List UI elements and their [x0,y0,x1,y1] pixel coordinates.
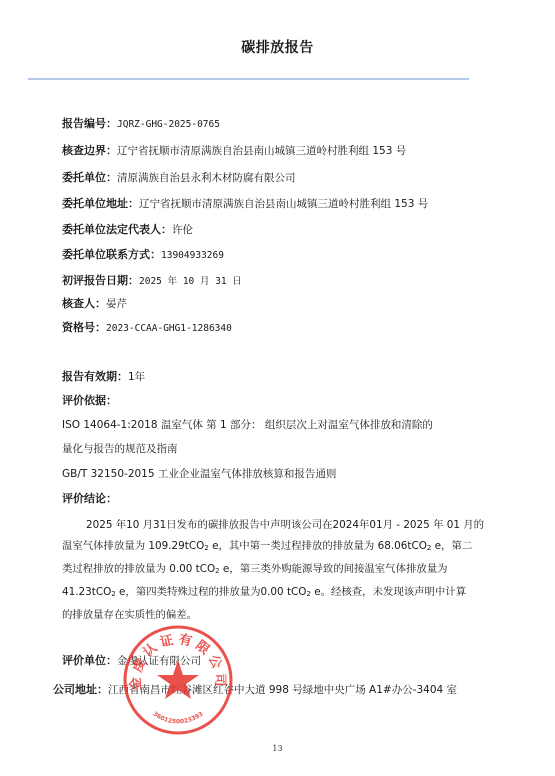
conclusion-text: e。经核查，未发现该声明中计算 [311,586,466,598]
svg-text:3601250023393: 3601250023393 [152,710,205,725]
conclusion-text: e，第四类特殊过程的排放量为0.00 tCO [116,586,307,598]
validity-label: 报告有效期： [62,370,128,383]
contact-value: 13904933269 [161,250,224,261]
client-label: 委托单位： [62,171,117,184]
contact-row: 委托单位联系方式：13904933269 [62,248,224,263]
qualification-row: 资格号：2023-CCAA-GHG1-1286340 [62,321,232,336]
initial-date-value: 2025 年 10 月 31 日 [139,276,242,287]
evaluator-address-label: 公司地址： [53,683,108,696]
conclusion-text: 2025 年10 月31日发布的碳排放报告中声明该公司在2024年01月 - 2… [86,519,484,531]
qualification-value: 2023-CCAA-GHG1-1286340 [106,323,232,334]
conclusion-text: 温室气体排放量为 109.29tCO [62,540,204,552]
basis-item: ISO 14064-1:2018 温室气体 第 1 部分： 组织层次上对温室气体… [62,418,433,432]
legal-rep-label: 委托单位法定代表人： [62,223,172,236]
evaluator-label: 评价单位： [62,654,117,667]
basis-item-2: 量化与报告的规范及指南 [62,443,178,455]
basis-item-1: ISO 14064-1:2018 温室气体 第 1 部分： 组织层次上对温室气体… [62,419,433,431]
client-address-label: 委托单位地址： [62,197,139,210]
report-no-value: JQRZ-GHG-2025-0765 [117,119,220,130]
validity-value: 1年 [128,371,145,383]
conclusion-text: 类过程排放的排放量为 0.00 tCO [62,563,215,575]
boundary-label: 核查边界： [62,144,117,157]
conclusion-text: 41.23tCO [62,586,111,598]
contact-label: 委托单位联系方式： [62,248,161,261]
basis-heading: 评价依据： [62,394,117,408]
conclusion-text: 的排放量存在实质性的偏差。 [62,609,197,621]
report-no-label: 报告编号： [62,117,117,130]
boundary-value: 辽宁省抚顺市清原满族自治县南山城镇三道岭村胜利组 153 号 [117,145,406,157]
legal-rep-value: 许伦 [172,224,193,236]
verifier-row: 核查人：晏芹 [62,297,127,311]
report-no-row: 报告编号：JQRZ-GHG-2025-0765 [62,117,220,132]
validity-row: 报告有效期：1年 [62,370,145,384]
evaluator-address-row: 公司地址：江西省南昌市红谷滩区红谷中大道 998 号绿地中央广场 A1#办公-3… [53,683,457,697]
boundary-row: 核查边界：辽宁省抚顺市清原满族自治县南山城镇三道岭村胜利组 153 号 [62,144,406,158]
client-address-row: 委托单位地址：辽宁省抚顺市清原满族自治县南山城镇三道岭村胜利组 153 号 [62,197,428,211]
client-value: 清原满族自治县永利木材防腐有限公司 [117,172,296,184]
basis-label: 评价依据： [62,394,117,407]
page-number: 13 [0,744,555,753]
verifier-label: 核查人： [62,297,106,310]
basis-item-3: GB/T 32150-2015 工业企业温室气体排放核算和报告通则 [62,468,336,480]
client-row: 委托单位：清原满族自治县永利木材防腐有限公司 [62,171,296,185]
evaluator-address-value: 江西省南昌市红谷滩区红谷中大道 998 号绿地中央广场 A1#办公-3404 室 [108,684,457,696]
evaluator-value: 金虔认证有限公司 [117,655,201,667]
verifier-value: 晏芹 [106,298,127,310]
initial-date-label: 初评报告日期： [62,274,139,287]
evaluator-row: 评价单位：金虔认证有限公司 [62,654,201,668]
conclusion-text: e，第三类外购能源导致的间接温室气体排放量为 [220,563,448,575]
page-title: 碳排放报告 [0,37,555,57]
initial-date-row: 初评报告日期：2025 年 10 月 31 日 [62,274,242,289]
legal-rep-row: 委托单位法定代表人：许伦 [62,223,193,237]
qualification-label: 资格号： [62,321,106,334]
conclusion-label: 评价结论： [62,492,117,505]
conclusion-heading: 评价结论： [62,492,117,506]
conclusion-text: e，第二 [431,540,472,552]
company-seal-stamp: 金虔认证有限公司 3601250023393 [122,624,234,736]
conclusion-paragraph: 2025 年10 月31日发布的碳排放报告中声明该公司在2024年01月 - 2… [62,515,492,626]
client-address-value: 辽宁省抚顺市清原满族自治县南山城镇三道岭村胜利组 153 号 [139,198,428,210]
basis-item: 量化与报告的规范及指南 [62,442,178,456]
conclusion-text: e，其中第一类过程排放的排放量为 68.06tCO [209,540,427,552]
title-divider [28,78,469,80]
basis-item: GB/T 32150-2015 工业企业温室气体排放核算和报告通则 [62,467,336,481]
